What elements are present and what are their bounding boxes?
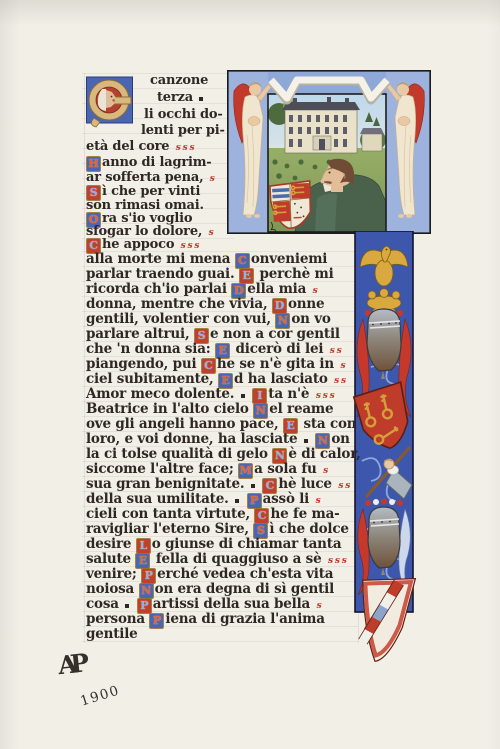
line-filler-flourish: s <box>323 391 328 401</box>
drop-cap-initial-G <box>84 72 138 130</box>
manuscript-line: li occhi do- <box>144 107 223 122</box>
illuminated-initial: H <box>87 157 100 171</box>
gold-coronet-icon <box>367 289 401 310</box>
line-filler-flourish: s <box>316 496 321 506</box>
manuscript-line: età del core sss <box>86 139 194 156</box>
illuminated-initial: P <box>142 569 155 583</box>
line-filler-flourish: s <box>323 466 328 476</box>
manuscript-line: gentile <box>86 627 138 642</box>
illuminated-initial: I <box>253 389 266 403</box>
line-filler-flourish: s <box>317 601 322 611</box>
manuscript-line: Hanno di lagrim- <box>86 155 211 171</box>
line-filler-flourish: s <box>341 376 346 386</box>
line-filler-flourish: s <box>342 556 347 566</box>
line-filler-flourish: s <box>316 391 321 401</box>
line-filler-flourish: s <box>181 241 186 251</box>
illuminated-initial: L <box>137 539 150 553</box>
line-filler-flourish: s <box>183 143 188 153</box>
miniature-illustration <box>227 70 431 234</box>
year-label: 1900 <box>79 682 122 709</box>
line-filler-flourish: s <box>188 241 193 251</box>
line-filler-flourish: s <box>328 556 333 566</box>
illuminated-initial: C <box>255 509 268 523</box>
paragraph-mark <box>251 484 255 488</box>
manuscript-line: terza <box>157 90 206 105</box>
shield-with-twisted-bend-icon <box>353 572 415 665</box>
manuscript-line: canzone <box>150 73 208 88</box>
line-filler-flourish: s <box>335 556 340 566</box>
line-filler-flourish: s <box>334 376 339 386</box>
line-filler-flourish: s <box>194 241 199 251</box>
line-filler-flourish: s <box>210 174 215 184</box>
line-filler-flourish: s <box>338 481 343 491</box>
line-filler-flourish: s <box>330 391 335 401</box>
line-filler-flourish: s <box>176 143 181 153</box>
line-filler-flourish: s <box>330 346 335 356</box>
line-filler-flourish: s <box>340 361 345 371</box>
paragraph-mark <box>235 499 239 503</box>
line-filler-flourish: s <box>189 143 194 153</box>
line-filler-flourish: s <box>345 481 350 491</box>
left-margin-guide <box>84 73 85 643</box>
illuminated-initial: P <box>150 614 163 628</box>
paragraph-mark <box>304 439 308 443</box>
line-filler-flourish: s <box>209 228 214 238</box>
paragraph-mark <box>241 394 245 398</box>
line-filler-flourish: s <box>313 286 318 296</box>
manuscript-line: lenti per pi- <box>141 123 225 138</box>
manuscript-photo: { "page": { "title": "Illuminated manusc… <box>0 0 500 749</box>
paragraph-mark <box>199 97 203 101</box>
illuminated-initial: N <box>140 584 153 598</box>
artist-monogram: AP <box>57 649 84 680</box>
paragraph-mark <box>125 604 129 608</box>
line-filler-flourish: s <box>337 346 342 356</box>
